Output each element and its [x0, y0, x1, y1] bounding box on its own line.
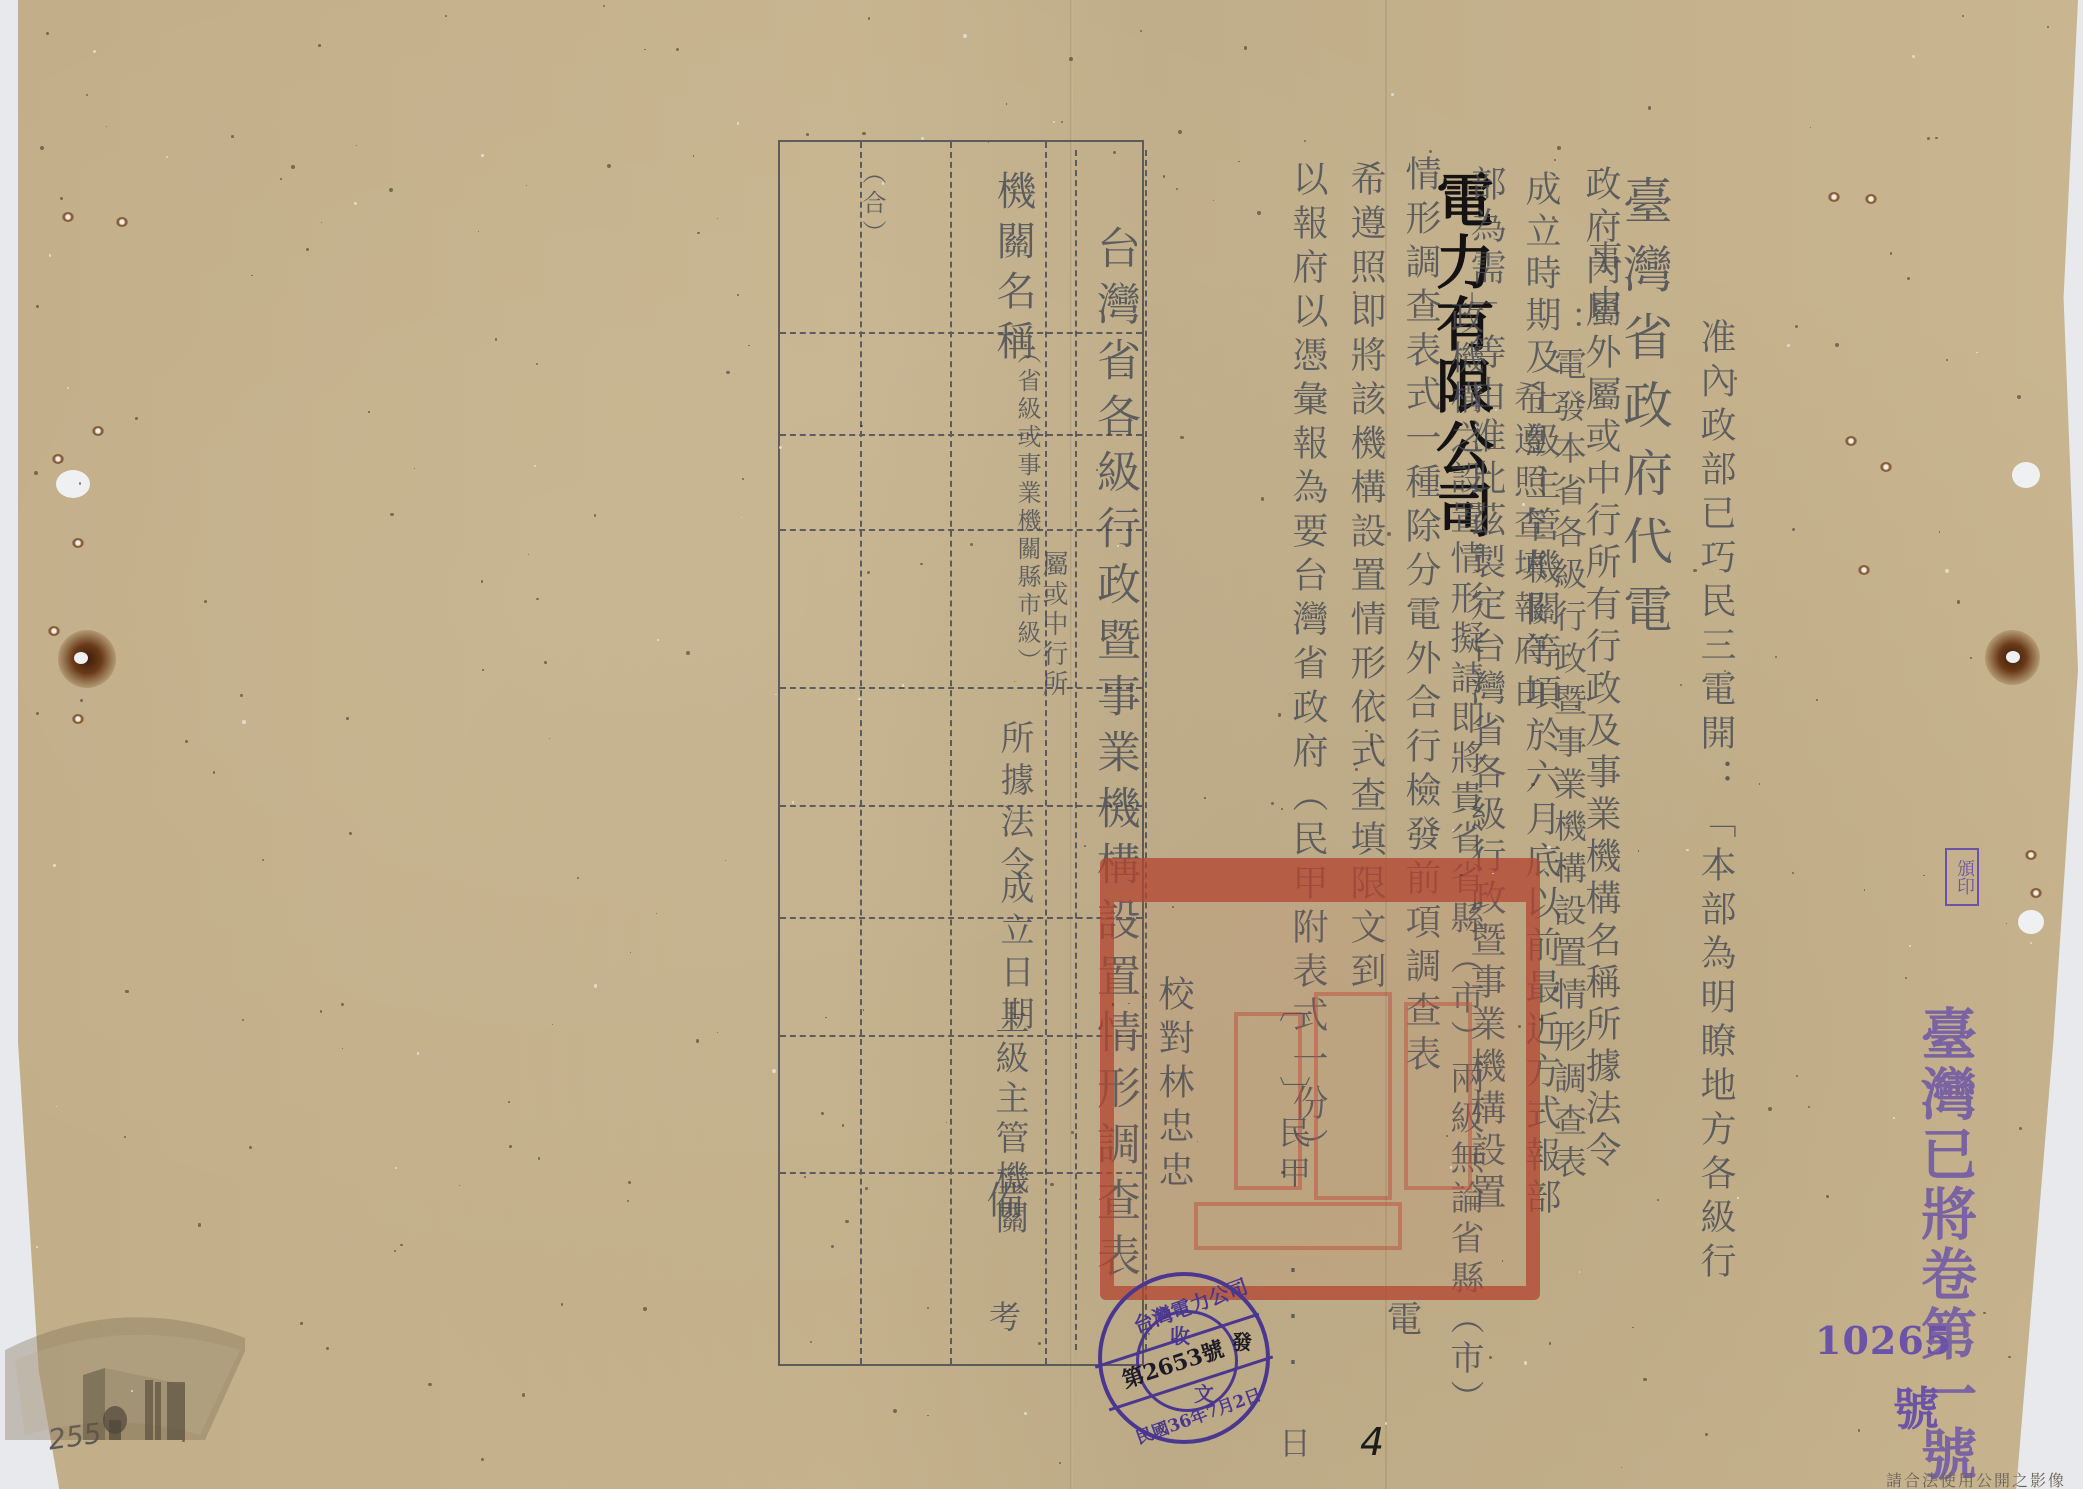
pin-hole	[1828, 192, 1840, 202]
paper-speck	[53, 864, 55, 866]
paper-speck	[1180, 436, 1184, 440]
archive-hao: 號	[1893, 1373, 1939, 1439]
pin-hole	[1845, 436, 1857, 446]
paper-speck	[1204, 797, 1205, 798]
table-column-label: 屬或中行所	[1035, 550, 1072, 700]
paper-speck	[1061, 121, 1063, 123]
paper-speck	[2047, 26, 2049, 28]
paper-speck	[1112, 1003, 1114, 1005]
receipt-stamp: 台灣電力公司 收 第2653號 發 文 民國36年7月2日	[1098, 1272, 1270, 1444]
paper-speck	[522, 1393, 525, 1396]
paper-speck	[508, 1101, 510, 1103]
paper-speck	[1355, 768, 1357, 770]
body-column: 准內政部已巧民三電開：「本部為明瞭地方各級行	[1690, 318, 1741, 1286]
paper-speck	[1178, 130, 1182, 134]
archive-number: 10265	[1815, 1318, 1952, 1363]
paper-speck	[1084, 845, 1086, 847]
paper-speck	[1050, 1183, 1054, 1187]
paper-speck	[2019, 1127, 2022, 1130]
paper-speck	[594, 984, 597, 987]
paper-speck	[1768, 1107, 1772, 1111]
paper-speck	[1787, 344, 1790, 347]
paper-speck	[1686, 849, 1688, 851]
pin-hole	[1865, 194, 1877, 204]
table-column-label: 備	[975, 1180, 1030, 1224]
binding-hole	[2006, 651, 2020, 663]
paper-speck	[628, 1181, 631, 1184]
paper-speck	[1724, 670, 1726, 672]
paper-speck	[49, 254, 51, 256]
paper-speck	[775, 694, 776, 695]
paper-speck	[1945, 569, 1949, 573]
paper-speck	[1059, 1462, 1061, 1464]
paper-speck	[607, 164, 611, 168]
paper-speck	[482, 669, 483, 670]
paper-speck	[1492, 873, 1493, 874]
paper-speck	[737, 294, 739, 296]
paper-speck	[1946, 359, 1948, 361]
paper-speck	[1549, 1342, 1552, 1345]
date-line: 〔 〕民甲 ... 日	[1270, 990, 1316, 1466]
paper-speck	[400, 1244, 403, 1247]
paper-speck	[1244, 46, 1247, 49]
paper-speck	[231, 135, 234, 138]
paper-speck	[921, 137, 924, 140]
closing-mark: 電	[1376, 1300, 1427, 1342]
paper-speck	[1531, 783, 1534, 786]
proofreader-note: 校對林忠忠	[1148, 975, 1199, 1195]
paper-speck	[1006, 103, 1008, 105]
pin-hole	[72, 538, 84, 548]
paper-speck	[300, 1322, 303, 1325]
pin-hole	[1858, 565, 1870, 575]
paper-speck	[368, 411, 369, 412]
pin-hole	[116, 217, 128, 227]
paper-speck	[748, 345, 749, 346]
paper-speck	[868, 17, 870, 19]
paper-speck	[737, 122, 739, 124]
paper-speck	[318, 44, 321, 47]
paper-speck	[251, 275, 252, 276]
paper-speck	[1518, 1025, 1521, 1028]
paper-speck	[495, 338, 497, 340]
paper-speck	[135, 417, 137, 419]
paper-speck	[1562, 865, 1565, 868]
paper-speck	[1281, 1171, 1285, 1175]
paper-speck	[1890, 252, 1892, 254]
paper-speck	[1238, 161, 1239, 162]
paper-speck	[1522, 503, 1524, 505]
paper-speck	[1962, 15, 1964, 17]
paper-speck	[326, 1347, 329, 1350]
paper-speck	[1172, 906, 1174, 908]
paper-speck	[1197, 1141, 1198, 1142]
paper-speck	[1648, 106, 1652, 110]
body-column: 政府內屬外屬或中行所有行政及事業機構名稱所據法令	[1575, 165, 1626, 1173]
paper-speck	[1033, 624, 1034, 625]
paper-speck	[481, 1458, 484, 1461]
paper-speck	[34, 471, 38, 475]
paper-speck	[131, 1390, 133, 1392]
binding-hole	[74, 652, 88, 664]
paper-speck	[1737, 1197, 1738, 1198]
paper-speck	[1429, 150, 1432, 153]
paper-speck	[1759, 783, 1761, 785]
paper-speck	[1358, 348, 1360, 350]
paper-speck	[349, 832, 352, 835]
paper-speck	[549, 738, 550, 739]
paper-speck	[792, 801, 794, 803]
paper-speck	[726, 371, 730, 375]
paper-speck	[561, 1303, 564, 1306]
paper-speck	[60, 197, 63, 200]
paper-speck	[36, 1246, 38, 1248]
paper-speck	[1586, 1118, 1588, 1120]
stamp-suffix: 發	[1232, 1326, 1252, 1355]
paper-speck	[1278, 713, 1282, 717]
paper-speck	[80, 699, 83, 702]
table-column-label: 考	[980, 1300, 1026, 1338]
paper-speck	[1304, 140, 1306, 142]
paper-speck	[414, 468, 415, 469]
small-box-stamp: 頒印	[1945, 848, 1979, 906]
paper-speck	[656, 913, 657, 914]
paper-speck	[893, 1409, 897, 1413]
paper-speck	[1734, 377, 1737, 380]
paper-speck	[772, 1069, 776, 1073]
paper-speck	[1657, 1199, 1659, 1201]
paper-speck	[346, 717, 348, 719]
paper-speck	[804, 1176, 805, 1177]
pin-hole	[92, 426, 104, 436]
survey-table	[778, 140, 1144, 1366]
pin-hole	[72, 714, 84, 724]
paper-speck	[240, 694, 242, 696]
paper-speck	[538, 1157, 540, 1159]
paper-speck	[1069, 57, 1073, 61]
paper-speck	[865, 1187, 868, 1190]
paper-speck	[1385, 1422, 1387, 1424]
paper-speck	[1370, 742, 1373, 745]
paper-speck	[395, 1167, 396, 1168]
paper-speck	[1257, 211, 1261, 215]
paper-speck	[1554, 159, 1556, 161]
paper-speck	[390, 513, 393, 516]
paper-speck	[1524, 1361, 1527, 1364]
paper-speck	[882, 182, 885, 185]
table-column-label: 所據法令	[990, 720, 1039, 888]
paper-speck	[697, 232, 700, 235]
paper-speck	[1502, 1260, 1503, 1261]
paper-speck	[741, 517, 742, 518]
paper-speck	[1038, 1342, 1041, 1345]
paper-speck	[1452, 829, 1454, 831]
paper-speck	[1927, 137, 1930, 140]
paper-speck	[1680, 684, 1682, 686]
paper-speck	[1387, 532, 1391, 536]
paper-speck	[1124, 373, 1126, 375]
paper-speck	[1096, 469, 1098, 471]
table-corner-mark: （合）	[855, 160, 890, 250]
paper-speck	[1923, 875, 1925, 877]
paper-speck	[481, 580, 483, 582]
binding-hole	[2018, 910, 2044, 934]
paper-speck	[1539, 1018, 1543, 1022]
pin-hole	[2030, 888, 2042, 898]
pin-hole	[52, 454, 64, 464]
binding-hole	[56, 470, 90, 498]
paper-speck	[1983, 1312, 1985, 1314]
paper-speck	[1495, 409, 1497, 411]
paper-speck	[242, 1019, 244, 1021]
paper-speck	[1835, 343, 1839, 347]
paper-speck	[342, 1048, 343, 1049]
paper-speck	[1163, 175, 1165, 177]
paper-speck	[1816, 699, 1818, 701]
paper-speck	[2008, 1356, 2010, 1358]
pin-hole	[48, 626, 60, 636]
paper-speck	[481, 154, 484, 157]
paper-speck	[1909, 945, 1911, 947]
paper-speck	[860, 425, 863, 428]
paper-speck	[526, 185, 527, 186]
paper-speck	[213, 771, 215, 773]
paper-speck	[779, 446, 782, 449]
paper-speck	[657, 639, 658, 640]
paper-speck	[291, 165, 295, 169]
paper-speck	[354, 202, 357, 205]
paper-speck	[693, 155, 694, 156]
paper-speck	[242, 720, 246, 724]
binding-hole	[2012, 462, 2040, 488]
paper-speck	[863, 1009, 864, 1010]
paper-speck	[594, 514, 597, 517]
pin-hole	[2025, 850, 2037, 860]
pencil-number: 4	[1360, 1420, 1384, 1464]
pin-hole	[62, 212, 74, 222]
paper-speck	[1450, 1166, 1452, 1168]
paper-speck	[124, 1136, 126, 1138]
paper-speck	[1071, 1131, 1074, 1134]
paper-speck	[1446, 1135, 1448, 1137]
paper-speck	[182, 1440, 184, 1442]
paper-speck	[927, 1415, 928, 1416]
paper-speck	[831, 1245, 834, 1248]
paper-speck	[644, 49, 646, 51]
pin-hole	[1880, 462, 1892, 472]
archive-logo-icon	[5, 1290, 245, 1440]
watermark-text: 請合法使用公開之影像	[1886, 1468, 2066, 1489]
paper-speck	[821, 1112, 824, 1115]
paper-speck	[46, 32, 49, 35]
